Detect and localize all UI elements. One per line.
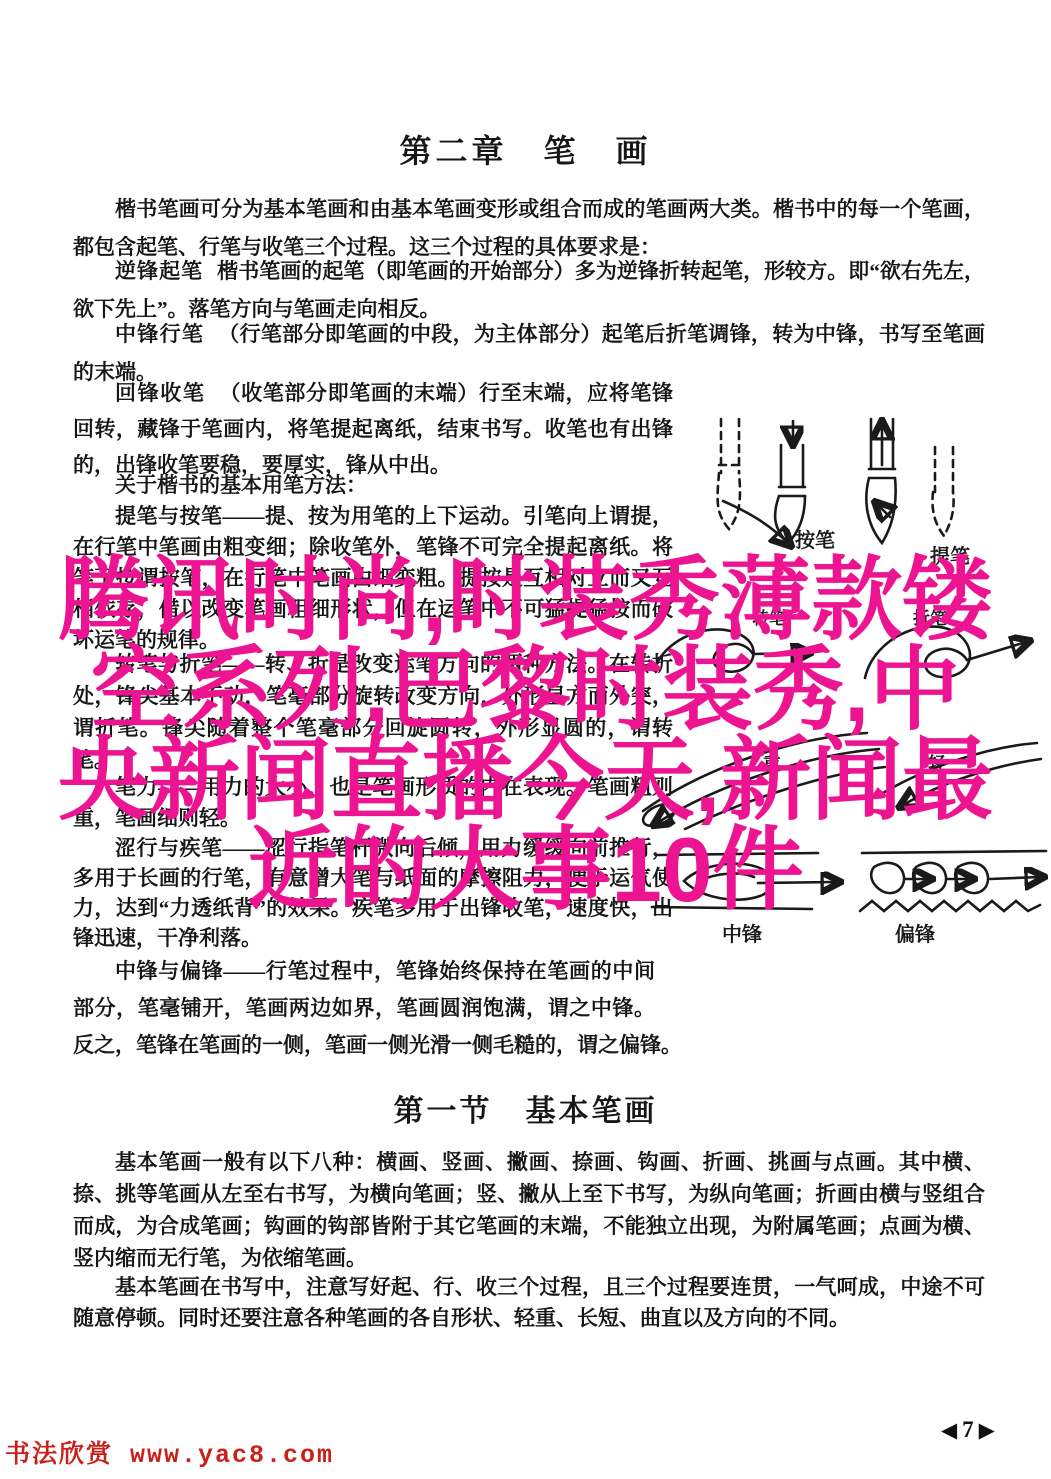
para-text-zhongfeng-pianfeng: 中锋与偏锋——行笔过程中，笔锋始终保持在笔画的中间部分，笔毫铺开，笔画两边如界，… (73, 959, 682, 1057)
para-huifeng-shoubi: 回锋收笔（收笔部分即笔画的末端）行至末端，应将笔锋回转，藏锋于笔画内，将笔提起离… (73, 375, 673, 483)
label-center-tip: 中锋 (722, 918, 762, 947)
section-title: 第一节 基本笔画 (0, 1086, 1051, 1130)
overlay-watermark-line: 近的大事10件 (0, 826, 1051, 916)
overlay-watermark: 腾讯时尚,时装秀薄款镂 空系列,巴黎时装秀,中 央新闻直播今天,新闻最 近的大事… (0, 556, 1051, 916)
para-lead-zhongfeng-xingbi: 中锋行笔 (115, 322, 204, 346)
chapter-title: 第二章 笔 画 (0, 126, 1051, 172)
para-basic-eight: 基本笔画一般有以下八种：横画、竖画、撇画、捺画、钩画、折画、挑画与点画。其中横、… (73, 1146, 985, 1274)
para-zhongfeng-pianfeng: 中锋与偏锋——行笔过程中，笔锋始终保持在笔画的中间部分，笔毫铺开，笔画两边如界，… (73, 953, 985, 1064)
label-press-brush: 按笔 (795, 524, 835, 553)
overlay-watermark-line: 腾讯时尚,时装秀薄款镂 (0, 556, 1051, 646)
page-number: 7 (962, 1417, 974, 1443)
para-lead-nifeng: 逆锋起笔 (115, 259, 203, 283)
para-text-nifeng: 楷书笔画的起笔（即笔画的开始部分）多为逆锋折转起笔，形较方。即“欲右先左，欲下先… (73, 259, 985, 321)
press-brush-icon (718, 419, 805, 543)
para-lead-huifeng: 回锋收笔 (115, 381, 206, 405)
label-side-tip: 偏锋 (895, 918, 935, 947)
diagram-wrap-spacer (655, 953, 985, 991)
overlay-watermark-line: 空系列,巴黎时装秀,中 (0, 646, 1051, 736)
para-basic-writing: 基本笔画在书写中，注意写好起、行、收三个过程，且三个过程要连贯，一气呵成，中途不… (73, 1272, 985, 1334)
overlay-watermark-line: 央新闻直播今天,新闻最 (0, 736, 1051, 826)
prev-triangle-icon: ◀ (941, 1416, 957, 1444)
scanned-book-page: 第二章 笔 画 第一节 基本笔画 楷书笔画可分为基本笔画和由基本笔画变形或组合而… (0, 0, 1051, 1479)
site-watermark: 书法欣赏 www.yac8.com (5, 1434, 334, 1470)
next-triangle-icon: ▶ (979, 1416, 995, 1444)
para-methods-intro: 关于楷书的基本用笔方法： (73, 470, 673, 500)
lift-brush-icon (866, 419, 953, 543)
page-marker: ◀ 7 ▶ (941, 1416, 995, 1444)
